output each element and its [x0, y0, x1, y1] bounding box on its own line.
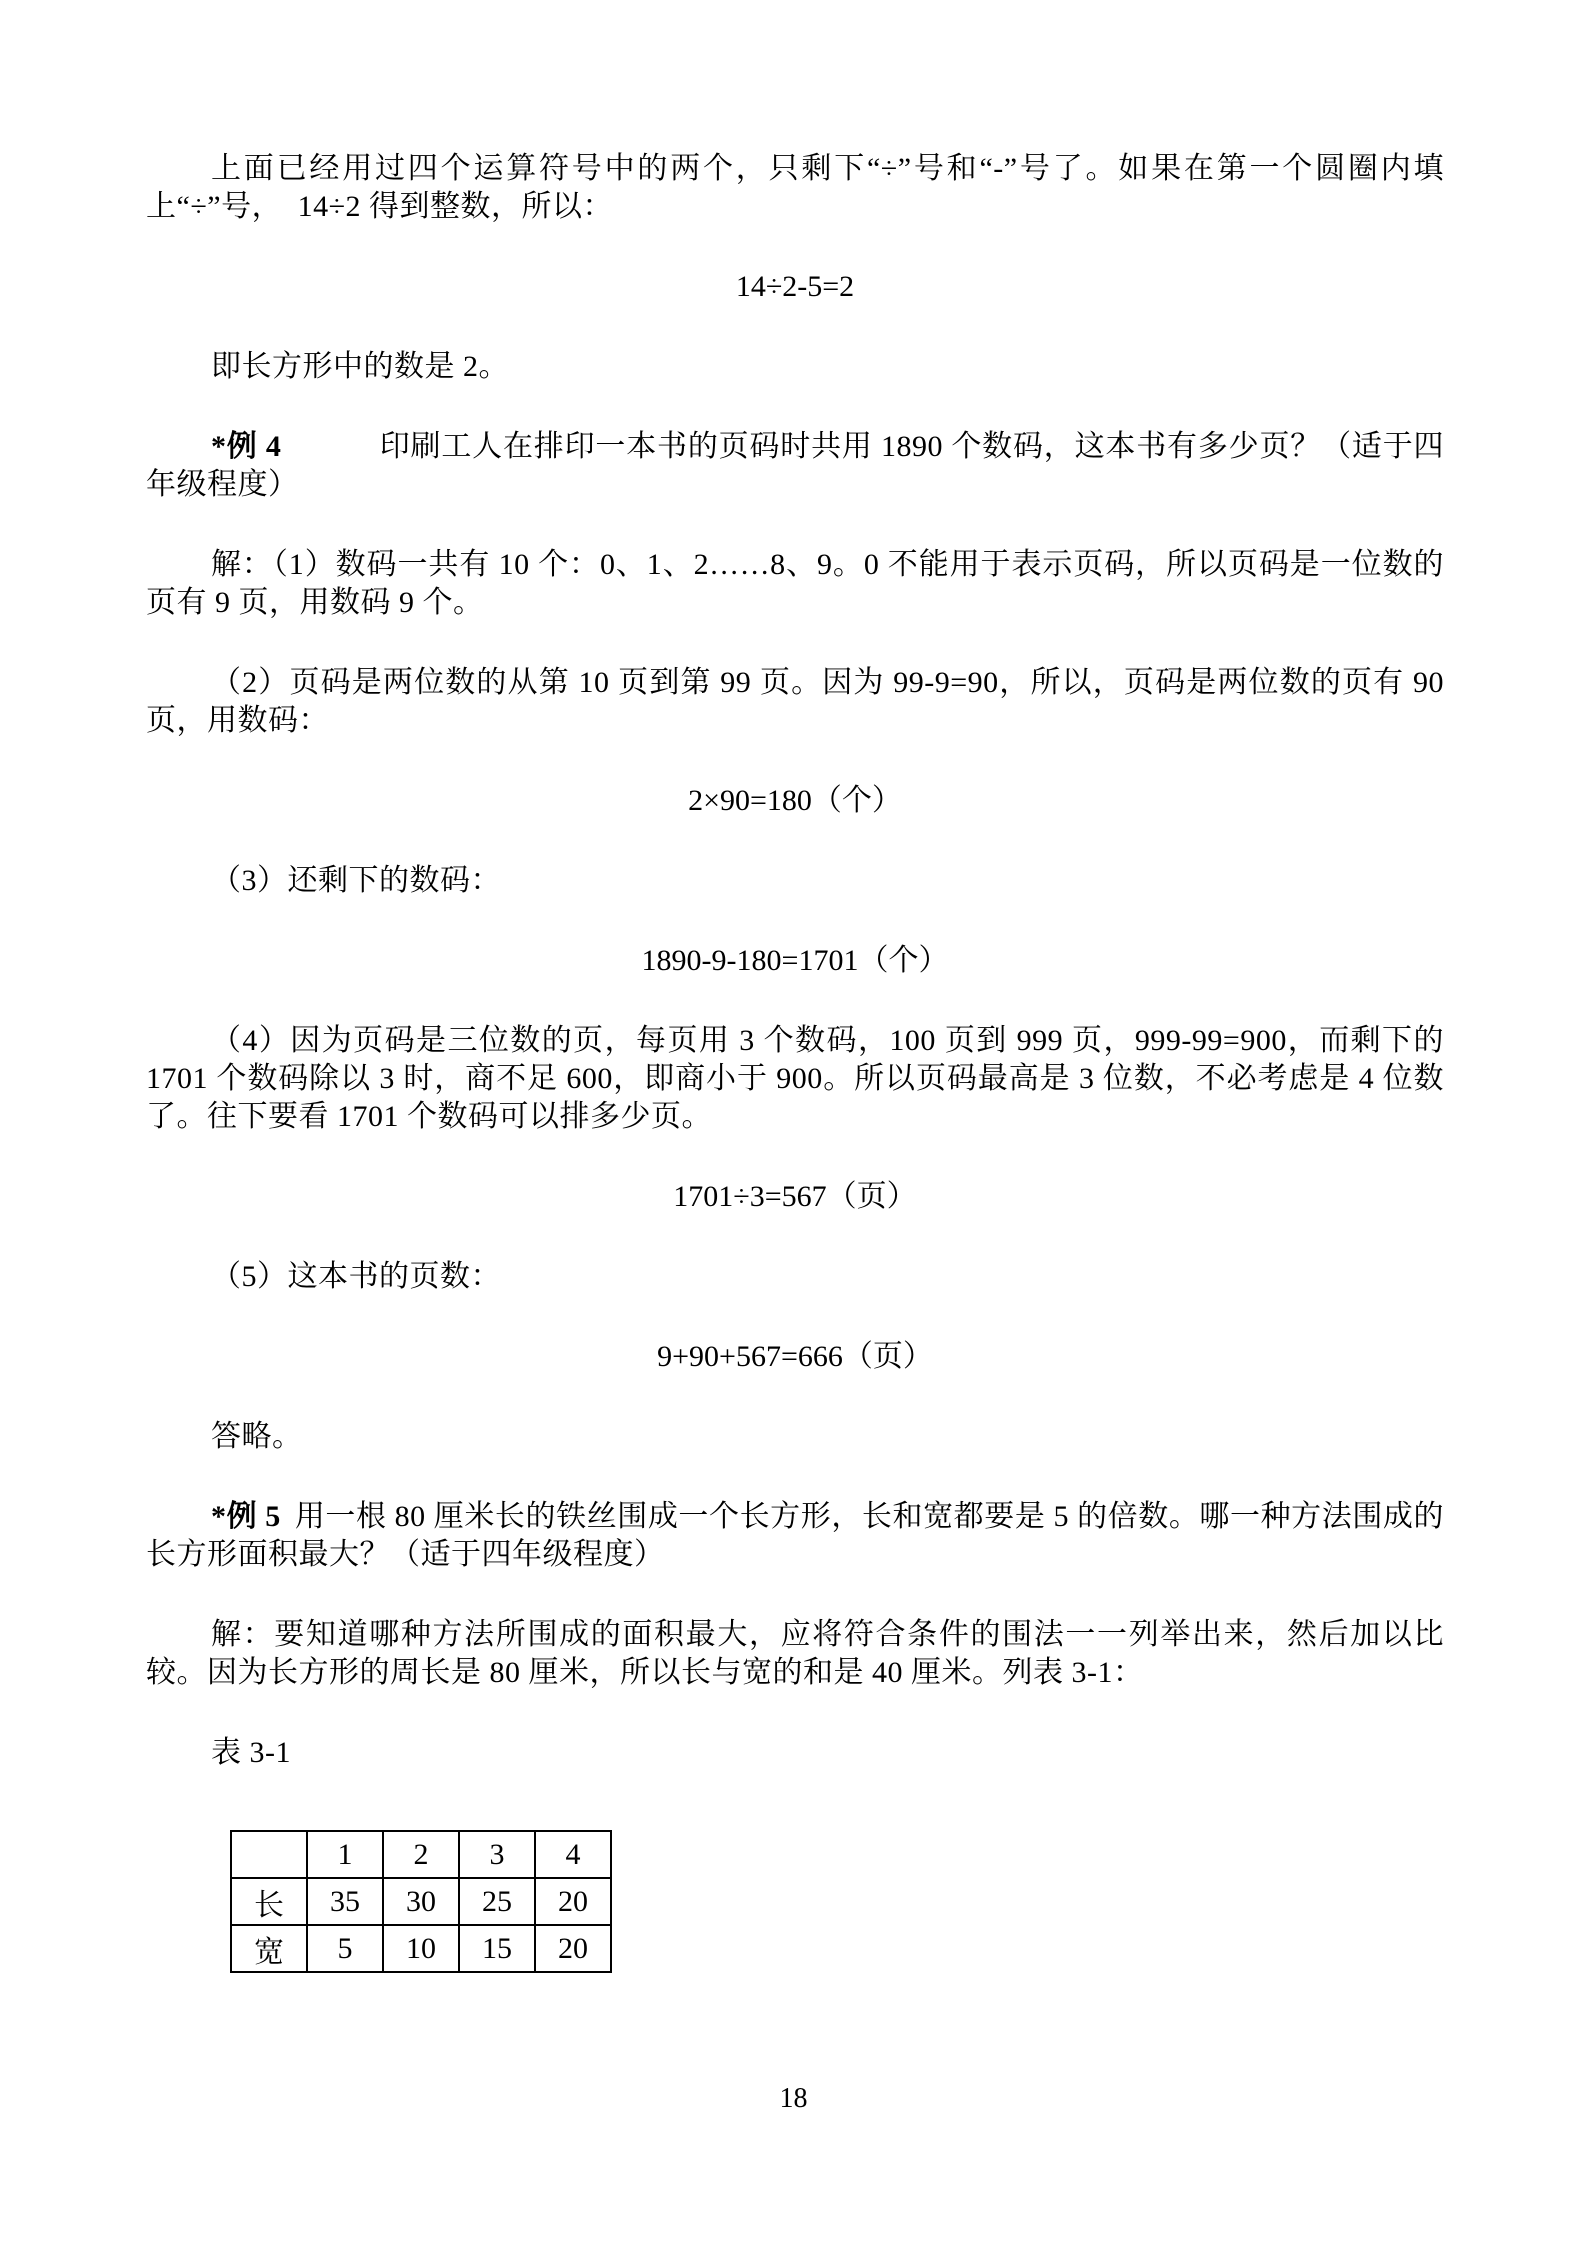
table-cell: 35 — [307, 1878, 383, 1925]
solution-4-step-2: （2）页码是两位数的从第 10 页到第 99 页。因为 99-9=90，所以，页… — [146, 664, 1444, 740]
row-label-cell: 宽 — [231, 1925, 307, 1972]
example-4-paragraph: *例 4印刷工人在排印一本书的页码时共用 1890 个数码，这本书有多少页？（适… — [146, 428, 1444, 504]
table-caption: 表 3-1 — [146, 1734, 1444, 1772]
page-content: 上面已经用过四个运算符号中的两个，只剩下“÷”号和“-”号了。如果在第一个圆圈内… — [146, 150, 1444, 1973]
table-header-cell: 2 — [383, 1831, 459, 1878]
example-5-label: *例 5 — [211, 1500, 281, 1533]
table-row-width: 宽 5 10 15 20 — [231, 1925, 611, 1972]
table-header-cell: 3 — [459, 1831, 535, 1878]
paragraph-rectangle-result: 即长方形中的数是 2。 — [146, 348, 1444, 386]
equation-total-pages: 9+90+567=666（页） — [146, 1338, 1444, 1376]
table-cell: 30 — [383, 1878, 459, 1925]
table-3-1: 1 2 3 4 长 35 30 25 20 宽 5 10 15 20 — [230, 1830, 612, 1973]
row-label-cell: 长 — [231, 1878, 307, 1925]
page-number: 18 — [0, 2083, 1587, 2115]
example-5-text: 用一根 80 厘米长的铁丝围成一个长方形，长和宽都要是 5 的倍数。哪一种方法围… — [146, 1500, 1444, 1571]
equation-two-digit-count: 2×90=180（个） — [146, 782, 1444, 820]
solution-4-step-3: （3）还剩下的数码： — [146, 862, 1444, 900]
example-5-paragraph: *例 5用一根 80 厘米长的铁丝围成一个长方形，长和宽都要是 5 的倍数。哪一… — [146, 1498, 1444, 1574]
paragraph-intro: 上面已经用过四个运算符号中的两个，只剩下“÷”号和“-”号了。如果在第一个圆圈内… — [146, 150, 1444, 226]
solution-4-step-5: （5）这本书的页数： — [146, 1258, 1444, 1296]
example-4-text: 印刷工人在排印一本书的页码时共用 1890 个数码，这本书有多少页？（适于四年级… — [146, 430, 1444, 501]
table-cell: 20 — [535, 1925, 611, 1972]
document-page: 上面已经用过四个运算符号中的两个，只剩下“÷”号和“-”号了。如果在第一个圆圈内… — [0, 0, 1587, 2245]
example-4-label: *例 4 — [211, 430, 281, 463]
table-cell: 15 — [459, 1925, 535, 1972]
table-header-cell: 1 — [307, 1831, 383, 1878]
table-header-cell: 4 — [535, 1831, 611, 1878]
table-cell: 25 — [459, 1878, 535, 1925]
equation-remaining-digits: 1890-9-180=1701（个） — [146, 942, 1444, 980]
table-corner-cell — [231, 1831, 307, 1878]
equation-14-div-2: 14÷2-5=2 — [146, 268, 1444, 306]
solution-4-step-4: （4）因为页码是三位数的页，每页用 3 个数码，100 页到 999 页，999… — [146, 1022, 1444, 1136]
table-cell: 20 — [535, 1878, 611, 1925]
table-cell: 10 — [383, 1925, 459, 1972]
solution-4-step-1: 解：（1）数码一共有 10 个：0、1、2……8、9。0 不能用于表示页码，所以… — [146, 546, 1444, 622]
solution-5-paragraph: 解：要知道哪种方法所围成的面积最大，应将符合条件的围法一一列举出来，然后加以比较… — [146, 1616, 1444, 1692]
answer-omitted: 答略。 — [146, 1418, 1444, 1456]
table-3-1-wrapper: 1 2 3 4 长 35 30 25 20 宽 5 10 15 20 — [230, 1830, 1444, 1973]
equation-three-digit-pages: 1701÷3=567（页） — [146, 1178, 1444, 1216]
table-header-row: 1 2 3 4 — [231, 1831, 611, 1878]
table-row-length: 长 35 30 25 20 — [231, 1878, 611, 1925]
table-cell: 5 — [307, 1925, 383, 1972]
